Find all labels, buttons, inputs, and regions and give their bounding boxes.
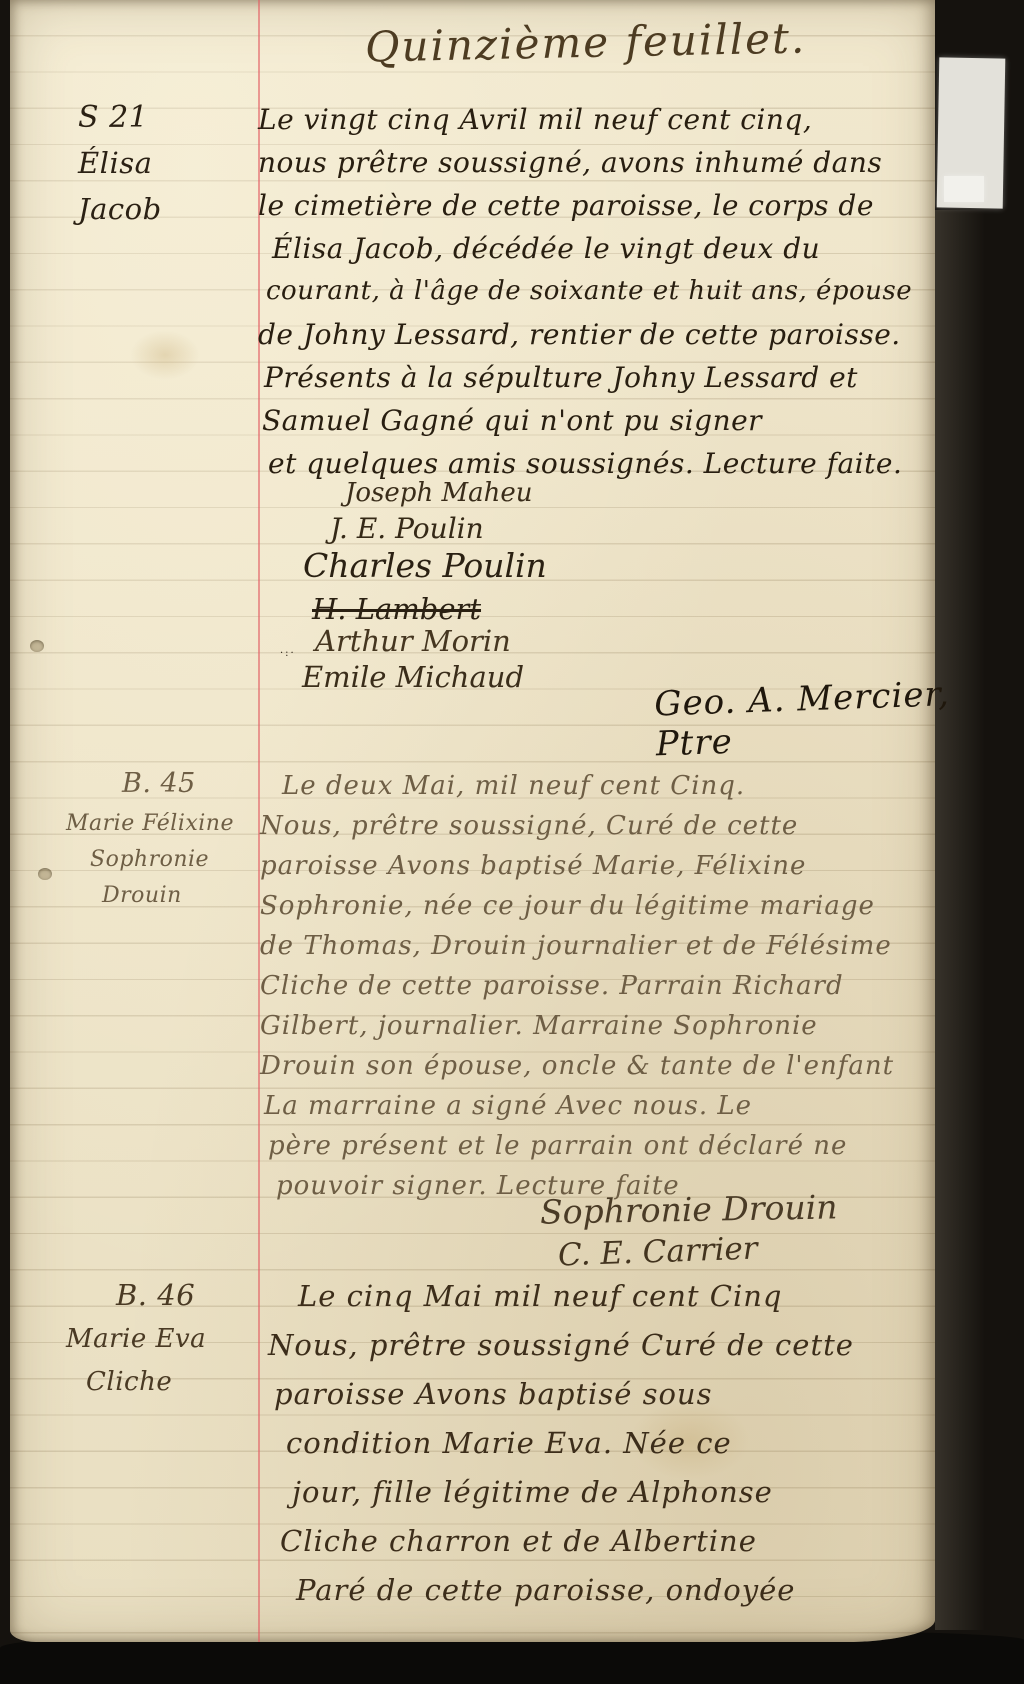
- scan-binding-shadow: [935, 210, 985, 1630]
- handwritten-line: Cliche charron et de Albertine: [280, 1517, 928, 1566]
- signature-witness: Joseph Maheu: [345, 478, 532, 508]
- handwritten-line: Drouin son épouse, oncle & tante de l'en…: [260, 1046, 930, 1086]
- entry2-record-number: B. 45: [122, 768, 234, 799]
- punch-hole: [38, 868, 52, 880]
- entry3-name-line1: Marie Eva: [66, 1324, 206, 1354]
- handwritten-line: Nous, prêtre soussigné, Curé de cette: [260, 806, 930, 846]
- handwritten-line: Le vingt cinq Avril mil neuf cent cinq,: [258, 98, 928, 141]
- entry2-body: Le deux Mai, mil neuf cent Cinq. Nous, p…: [260, 766, 930, 1206]
- handwritten-line: nous prêtre soussigné, avons inhumé dans: [258, 141, 928, 184]
- signature-priest: C. E. Carrier: [557, 1231, 758, 1274]
- entry1-name-line2: Jacob: [78, 192, 162, 226]
- handwritten-line: de Johny Lessard, rentier de cette paroi…: [258, 313, 928, 356]
- handwritten-line: Gilbert, journalier. Marraine Sophronie: [260, 1006, 930, 1046]
- handwritten-line: Samuel Gagné qui n'ont pu signer: [262, 399, 928, 442]
- ink-specks: ·:·: [280, 648, 296, 659]
- entry1-margin-note: S 21 Élisa Jacob: [78, 100, 162, 226]
- entry2-name-line2: Sophronie: [90, 847, 234, 872]
- handwritten-line: courant, à l'âge de soixante et huit ans…: [266, 270, 928, 313]
- signature-priest: Geo. A. Mercier, Ptre: [654, 672, 1024, 765]
- entry3-body: Le cinq Mai mil neuf cent Cinq Nous, prê…: [268, 1272, 928, 1615]
- scan-paper-edge-fragment: [944, 176, 984, 202]
- handwritten-line: père présent et le parrain ont déclaré n…: [268, 1126, 930, 1166]
- handwritten-line: Présents à la sépulture Johny Lessard et: [264, 356, 928, 399]
- signature-witness: Charles Poulin: [303, 546, 547, 585]
- entry2-margin-note: B. 45 Marie Félixine Sophronie Drouin: [66, 768, 234, 908]
- entry1-body: Le vingt cinq Avril mil neuf cent cinq, …: [258, 98, 928, 485]
- handwritten-line: Sophronie, née ce jour du légitime maria…: [260, 886, 930, 926]
- entry2-name-line1: Marie Félixine: [66, 811, 234, 836]
- paper-stain: [130, 330, 200, 380]
- entry1-name-line1: Élisa: [78, 146, 162, 180]
- handwritten-line: condition Marie Eva. Née ce: [286, 1419, 928, 1468]
- signature-witness: Emile Michaud: [302, 660, 524, 694]
- handwritten-line: Cliche de cette paroisse. Parrain Richar…: [260, 966, 930, 1006]
- handwritten-line: jour, fille légitime de Alphonse: [292, 1468, 928, 1517]
- entry3-name-line2: Cliche: [86, 1367, 206, 1397]
- signature-witness-struck: H. Lambert: [312, 592, 481, 626]
- entry2-name-line3: Drouin: [102, 883, 234, 908]
- handwritten-line: Paré de cette paroisse, ondoyée: [296, 1566, 928, 1615]
- entry1-record-number: S 21: [78, 100, 162, 135]
- handwritten-line: le cimetière de cette paroisse, le corps…: [258, 184, 928, 227]
- handwritten-line: paroisse Avons baptisé sous: [274, 1370, 928, 1419]
- handwritten-line: Élisa Jacob, décédée le vingt deux du: [272, 227, 928, 270]
- entry3-record-number: B. 46: [116, 1278, 206, 1312]
- handwritten-line: de Thomas, Drouin journalier et de Félés…: [260, 926, 930, 966]
- handwritten-line: Le deux Mai, mil neuf cent Cinq.: [282, 766, 930, 806]
- handwritten-line: Nous, prêtre soussigné Curé de cette: [268, 1321, 928, 1370]
- page-title: Quinzième feuillet.: [365, 13, 807, 71]
- signature-godmother: Sophronie Drouin: [540, 1187, 838, 1231]
- signature-witness: J. E. Poulin: [330, 512, 484, 545]
- handwritten-line: paroisse Avons baptisé Marie, Félixine: [260, 846, 930, 886]
- handwritten-line: La marraine a signé Avec nous. Le: [264, 1086, 930, 1126]
- handwritten-line: Le cinq Mai mil neuf cent Cinq: [298, 1272, 928, 1321]
- punch-hole: [30, 640, 44, 652]
- signature-witness: Arthur Morin: [315, 624, 511, 658]
- entry3-margin-note: B. 46 Marie Eva Cliche: [66, 1278, 206, 1397]
